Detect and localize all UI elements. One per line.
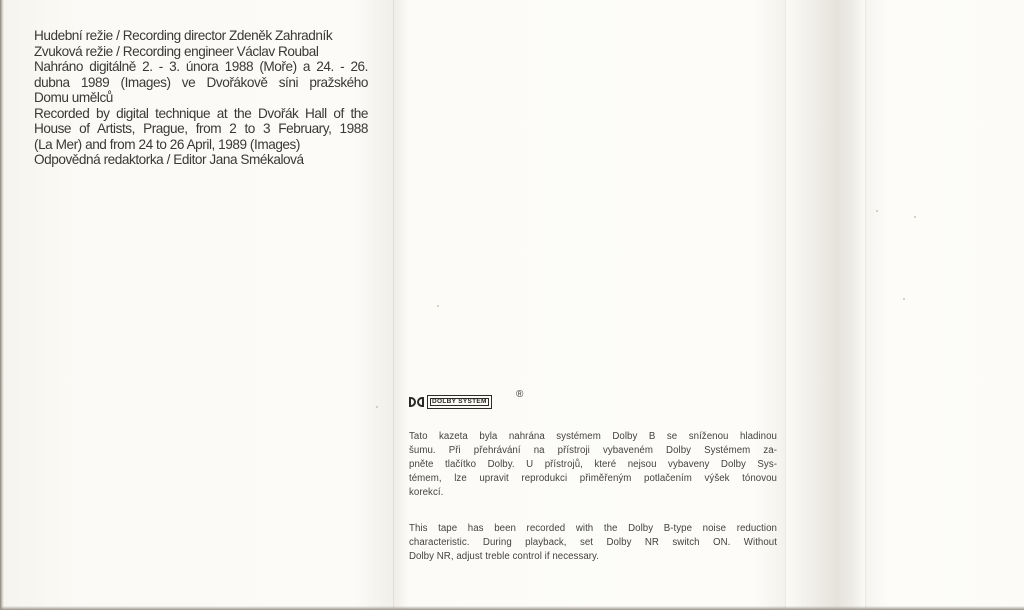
paper-speck xyxy=(376,406,378,408)
paper-edge-shadow xyxy=(0,0,4,610)
spine-panel xyxy=(785,0,865,610)
dolby-system-logo: DOLBY SYSTEM xyxy=(409,395,492,409)
notice-line: characteristic. During playback, set Dol… xyxy=(409,536,777,550)
paper-speck xyxy=(437,305,439,307)
credit-line-recording-cz: Domu umělců xyxy=(34,90,368,106)
fold-line xyxy=(865,0,866,610)
notice-line: pněte tlačítko Dolby. U přístrojů, které… xyxy=(409,458,777,472)
fold-line xyxy=(785,0,786,610)
notice-line: korekcí. xyxy=(409,486,777,500)
credit-line-sound-engineer: Zvuková režie / Recording engineer Václa… xyxy=(34,44,368,60)
dolby-notice-english: This tape has been recorded with the Dol… xyxy=(409,522,777,564)
credit-line-editor: Odpovědná redaktorka / Editor Jana Sméka… xyxy=(34,152,368,168)
paper-speck xyxy=(914,216,916,218)
recording-credits: Hudební režie / Recording director Zdeně… xyxy=(34,28,368,168)
paper-speck xyxy=(876,210,878,212)
notice-line: This tape has been recorded with the Dol… xyxy=(409,522,777,536)
notice-line: témem, lze upravit reprodukci přiměřeným… xyxy=(409,472,777,486)
cassette-inlay-card: Hudební režie / Recording director Zdeně… xyxy=(0,0,1024,610)
notice-line: Tato kazeta byla nahrána systémem Dolby … xyxy=(409,430,777,444)
credit-line-recording-en: (La Mer) and from 24 to 26 April, 1989 (… xyxy=(34,137,368,153)
paper-speck xyxy=(903,298,905,300)
notice-line: šumu. Při přehrávání na přístroji vybave… xyxy=(409,444,777,458)
fold-line xyxy=(393,0,394,610)
credit-line-recording-cz: Nahráno digitálně 2. - 3. února 1988 (Mo… xyxy=(34,59,368,75)
dolby-double-d-icon xyxy=(409,397,424,407)
dolby-panel xyxy=(393,0,785,610)
registered-trademark-icon: ® xyxy=(516,389,523,400)
credit-line-recording-cz: dubna 1989 (Images) ve Dvořákově síni pr… xyxy=(34,75,368,91)
credit-line-recording-en: Recorded by digital technique at the Dvo… xyxy=(34,106,368,122)
notice-line: Dolby NR, adjust treble control if neces… xyxy=(409,550,777,564)
credit-line-recording-en: House of Artists, Prague, from 2 to 3 Fe… xyxy=(34,121,368,137)
flap-panel xyxy=(865,0,1024,610)
paper-edge-shadow xyxy=(0,606,1024,610)
credit-line-music-director: Hudební režie / Recording director Zdeně… xyxy=(34,28,368,44)
dolby-notice-czech: Tato kazeta byla nahrána systémem Dolby … xyxy=(409,430,777,500)
dolby-system-label: DOLBY SYSTEM xyxy=(427,395,492,409)
